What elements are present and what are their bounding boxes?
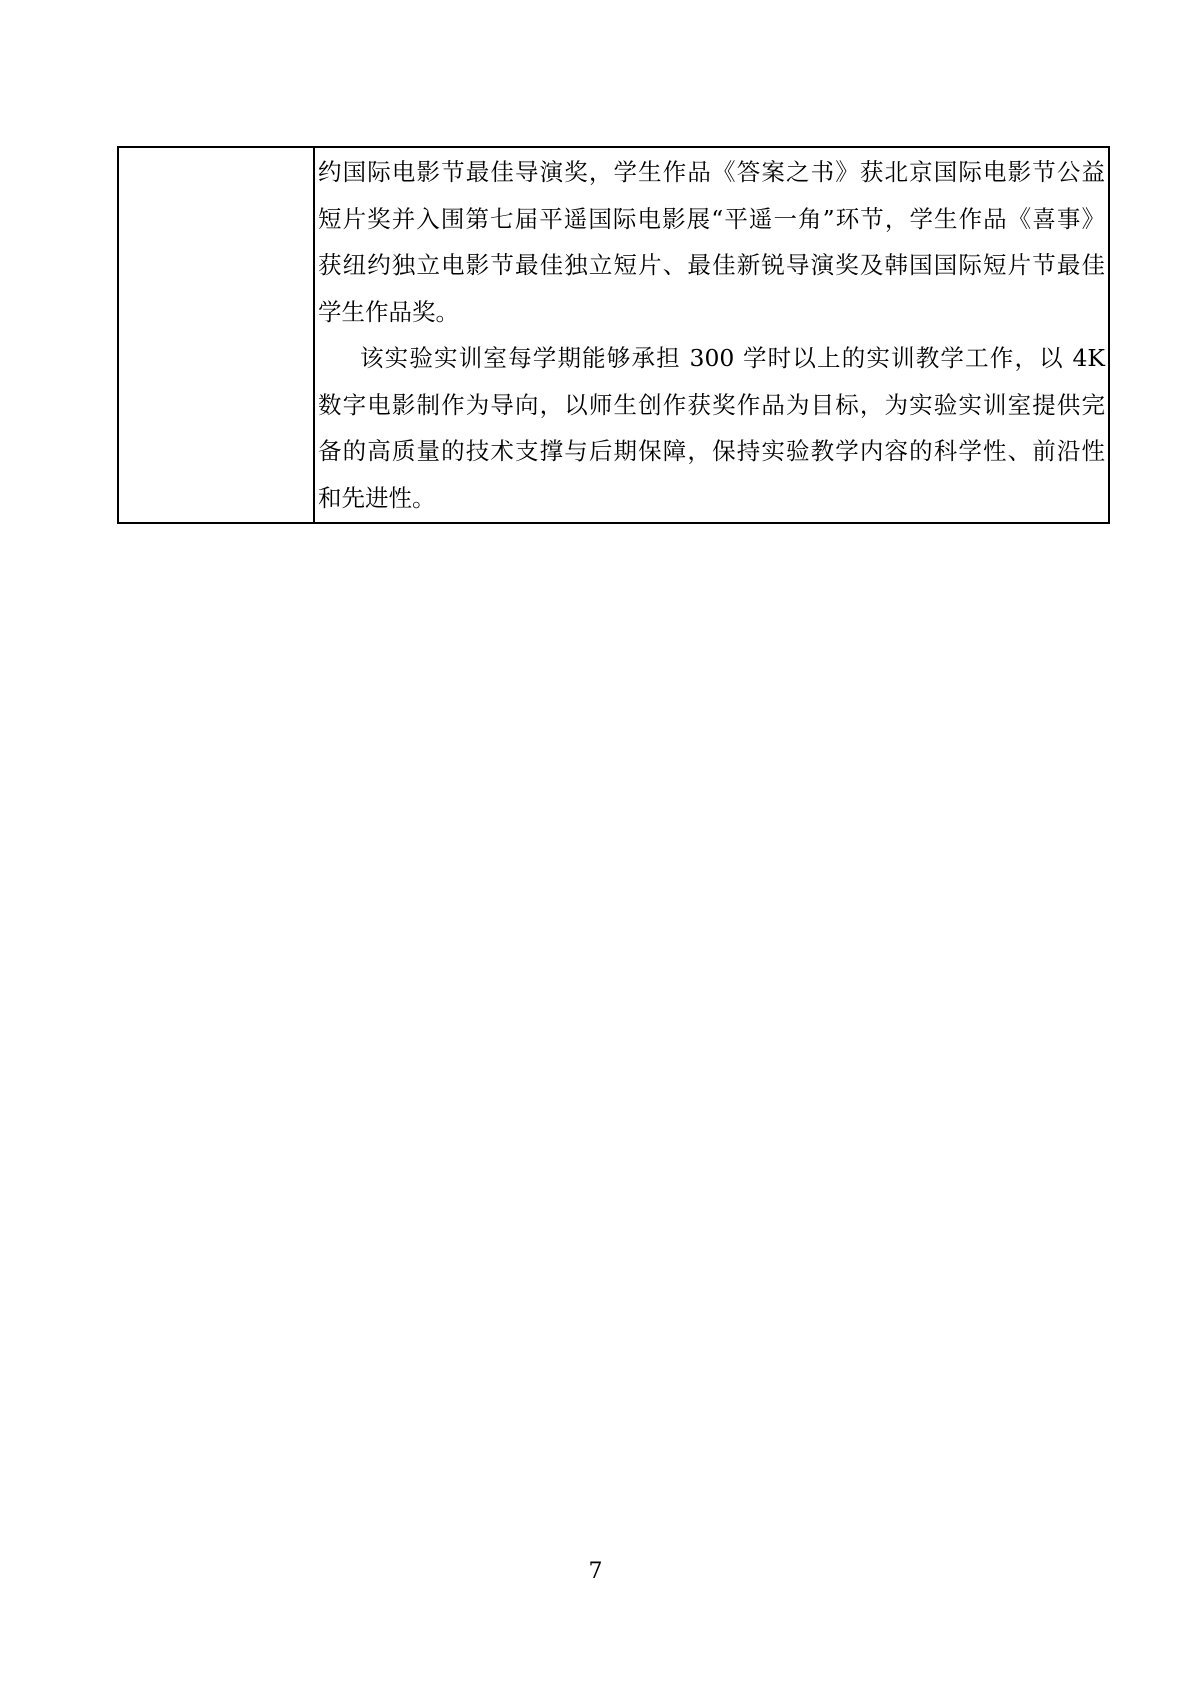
- content-table: 约国际电影节最佳导演奖，学生作品《答案之书》获北京国际电影节公益 短片奖并入围第…: [117, 146, 1110, 524]
- text-line: 备的高质量的技术支撑与后期保障，保持实验教学内容的科学性、前沿性: [318, 428, 1105, 475]
- text-line: 短片奖并入围第七届平遥国际电影展“平遥一角”环节，学生作品《喜事》: [318, 196, 1105, 243]
- text-line: 学生作品奖。: [318, 289, 1105, 336]
- text-line: 约国际电影节最佳导演奖，学生作品《答案之书》获北京国际电影节公益: [318, 149, 1105, 196]
- text-line: 和先进性。: [318, 475, 1105, 522]
- table-cell-left: [119, 148, 315, 522]
- text-line: 获纽约独立电影节最佳独立短片、最佳新锐导演奖及韩国国际短片节最佳: [318, 242, 1105, 289]
- text-line: 该实验实训室每学期能够承担 300 学时以上的实训教学工作，以 4K: [318, 335, 1105, 382]
- text-line: 数字电影制作为导向，以师生创作获奖作品为目标，为实验实训室提供完: [318, 382, 1105, 429]
- page-number: 7: [0, 1560, 1191, 1584]
- table-cell-content: 约国际电影节最佳导演奖，学生作品《答案之书》获北京国际电影节公益 短片奖并入围第…: [315, 148, 1108, 522]
- document-page: 约国际电影节最佳导演奖，学生作品《答案之书》获北京国际电影节公益 短片奖并入围第…: [0, 0, 1191, 1684]
